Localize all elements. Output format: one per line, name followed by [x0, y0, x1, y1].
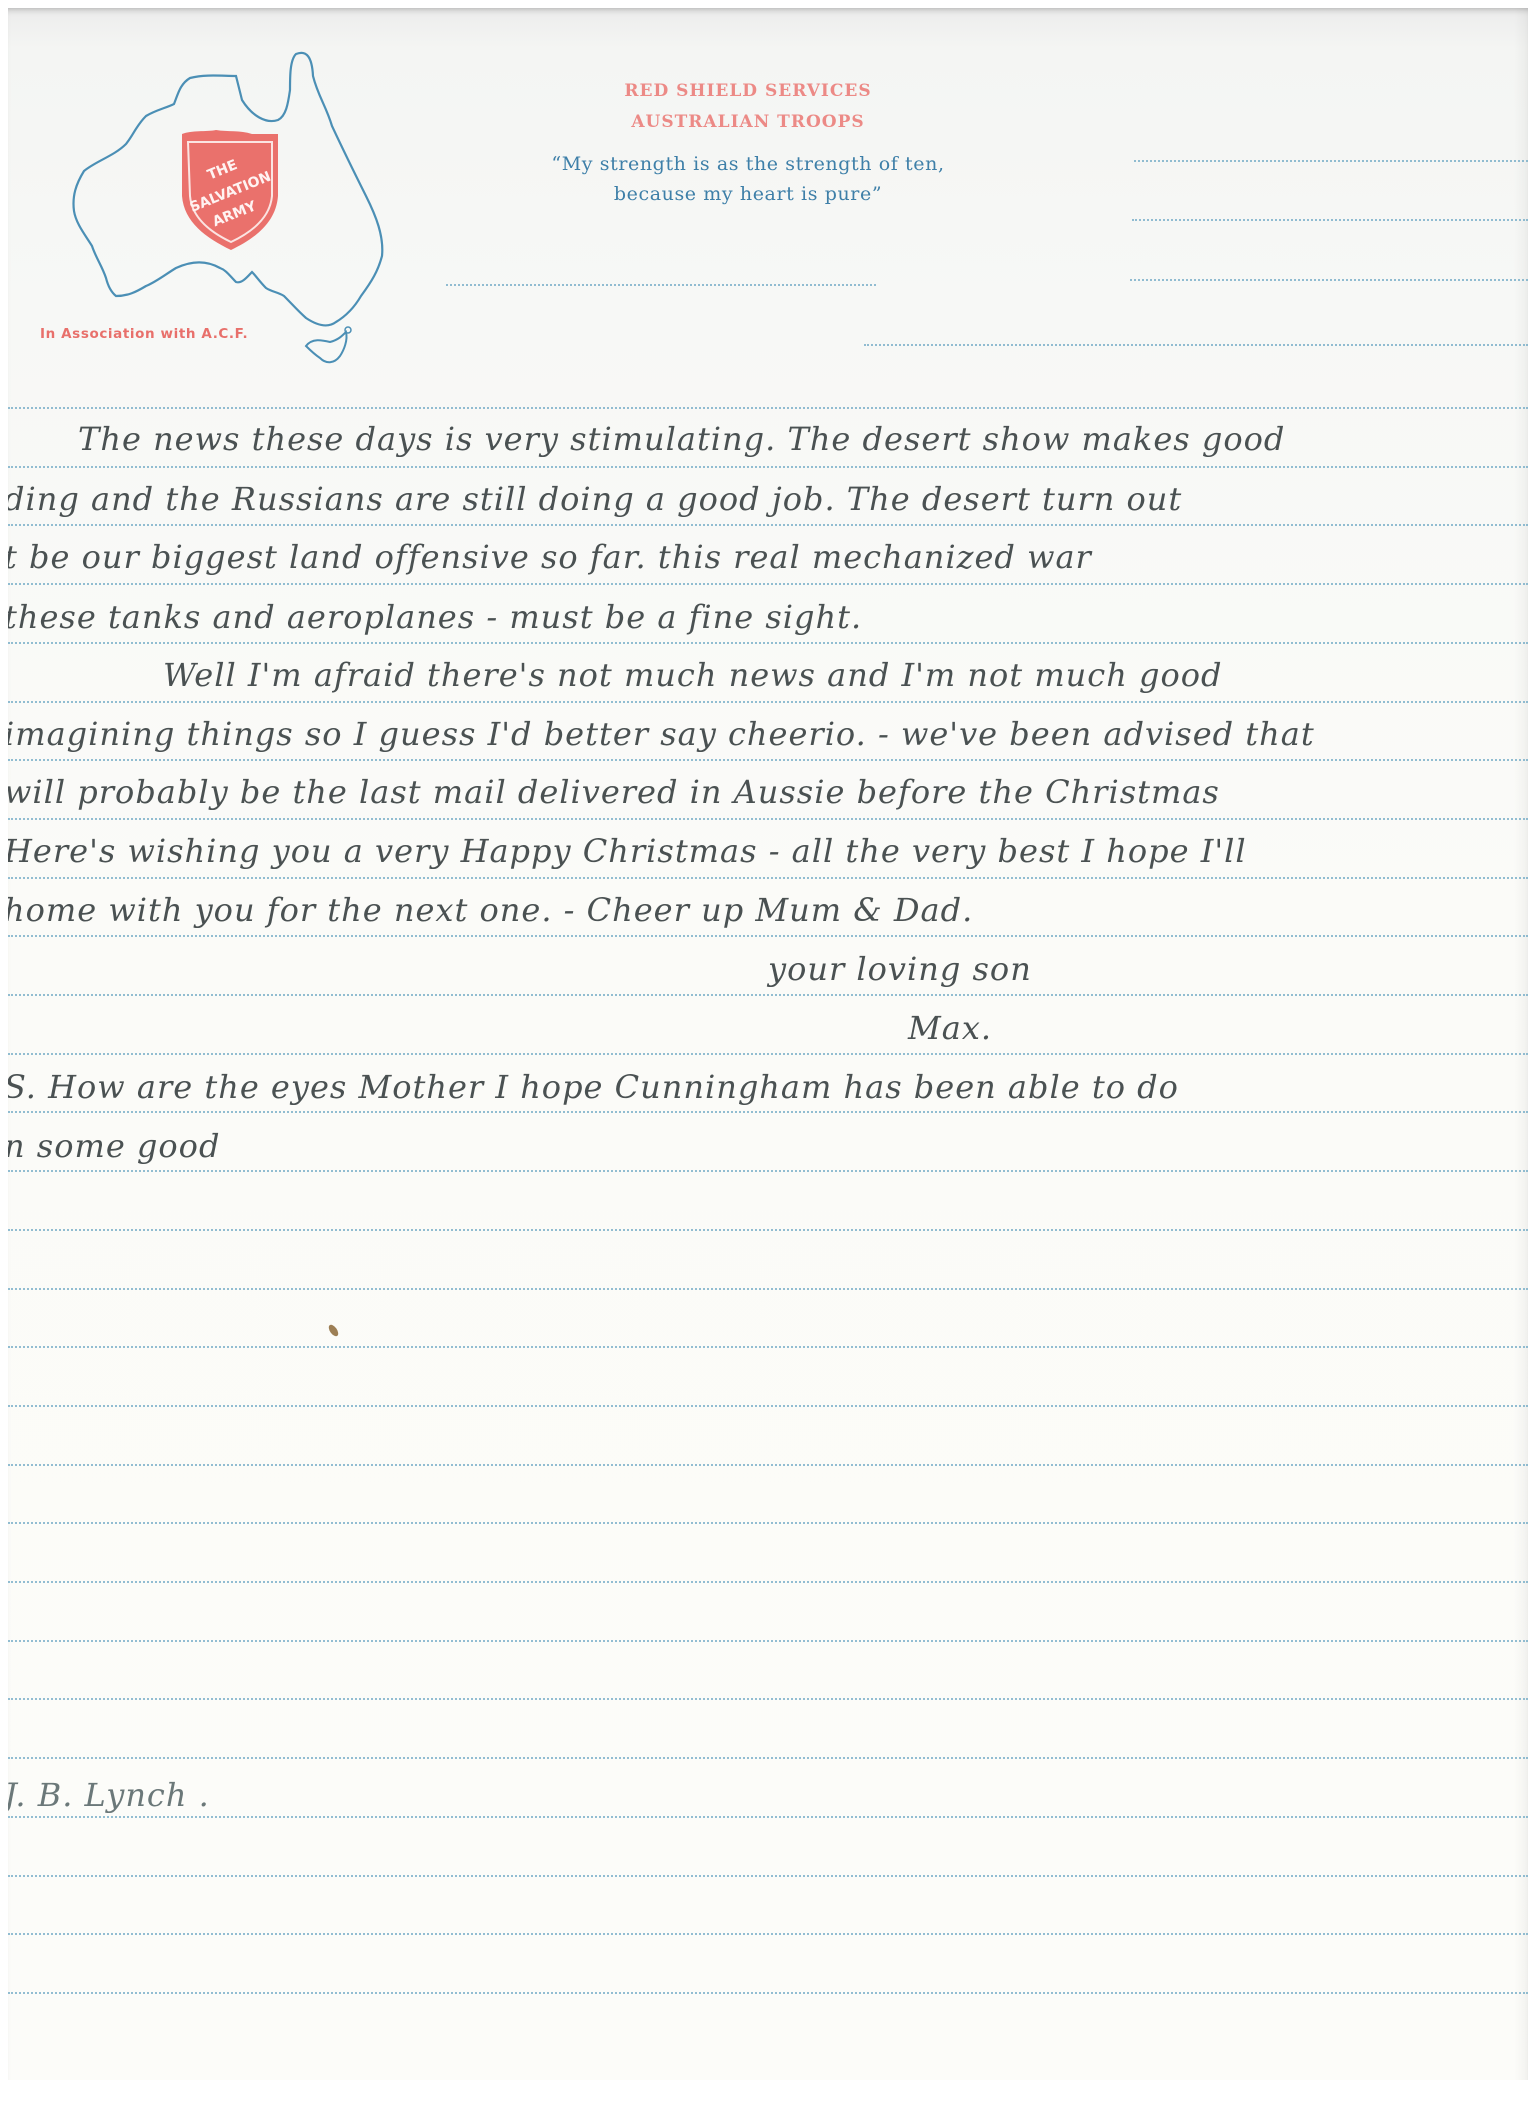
ruled-line	[8, 1698, 1528, 1700]
letter-line: imagining things so I guess I'd better s…	[8, 715, 1315, 753]
australia-map-icon: THE SALVATION ARMY	[56, 46, 396, 366]
postscript-line: S. How are the eyes Mother I hope Cunnin…	[8, 1068, 1179, 1106]
letter-line: The news these days is very stimulating.…	[78, 420, 1285, 458]
org-subtitle: AUSTRALIAN TROOPS	[548, 112, 948, 132]
letter-line: t be our biggest land offensive so far. …	[8, 538, 1092, 576]
ruled-line	[8, 642, 1528, 644]
ruled-line	[8, 994, 1528, 996]
ruled-line	[8, 1992, 1528, 1994]
ruled-line	[8, 407, 1528, 409]
postscript-line: n some good	[8, 1127, 220, 1165]
header-rule	[1132, 219, 1528, 221]
ruled-line	[8, 1464, 1528, 1466]
letter-line: home with you for the next one. - Cheer …	[8, 891, 973, 929]
ruled-line	[8, 1933, 1528, 1935]
ruled-line	[8, 1288, 1528, 1290]
association-label: In Association with A.C.F.	[40, 326, 248, 342]
ruled-line	[8, 1816, 1528, 1818]
header-rule	[446, 284, 876, 286]
ruled-line	[8, 1757, 1528, 1759]
ruled-line	[8, 583, 1528, 585]
motto-line-2: because my heart is pure”	[488, 183, 1008, 205]
ruled-line	[8, 1111, 1528, 1113]
ruled-line	[8, 1522, 1528, 1524]
letter-line: Here's wishing you a very Happy Christma…	[8, 832, 1247, 870]
ruled-line	[8, 759, 1528, 761]
letter-line: Well I'm afraid there's not much news an…	[163, 656, 1222, 694]
ruled-line	[8, 1053, 1528, 1055]
ruled-line	[8, 524, 1528, 526]
ruled-line	[8, 1405, 1528, 1407]
ruled-line	[8, 1170, 1528, 1172]
letter-line: these tanks and aeroplanes - must be a f…	[8, 598, 862, 636]
letter-closing: your loving son	[768, 950, 1032, 988]
salvation-army-shield-icon: THE SALVATION ARMY	[182, 130, 278, 250]
page-edge-shadow	[1514, 8, 1528, 2080]
ruled-line	[8, 1346, 1528, 1348]
header-rule	[1130, 279, 1528, 281]
letter-line: will probably be the last mail delivered…	[8, 773, 1220, 811]
ruled-line	[8, 1229, 1528, 1231]
sender-name: J. B. Lynch .	[8, 1776, 210, 1814]
header-rule	[864, 344, 1528, 346]
ink-stain	[327, 1323, 340, 1338]
ruled-line	[8, 1640, 1528, 1642]
letter-signature: Max.	[908, 1009, 992, 1047]
ruled-line	[8, 701, 1528, 703]
ruled-line	[8, 466, 1528, 468]
ruled-line	[8, 935, 1528, 937]
letter-page: THE SALVATION ARMY In Association with A…	[8, 8, 1528, 2080]
letter-line: ding and the Russians are still doing a …	[8, 480, 1182, 518]
ruled-line	[8, 877, 1528, 879]
ruled-line	[8, 818, 1528, 820]
header-rule	[1134, 160, 1528, 162]
ruled-line	[8, 1875, 1528, 1877]
motto-line-1: “My strength is as the strength of ten,	[488, 153, 1008, 175]
ruled-line	[8, 1581, 1528, 1583]
org-title: RED SHIELD SERVICES	[548, 81, 948, 101]
